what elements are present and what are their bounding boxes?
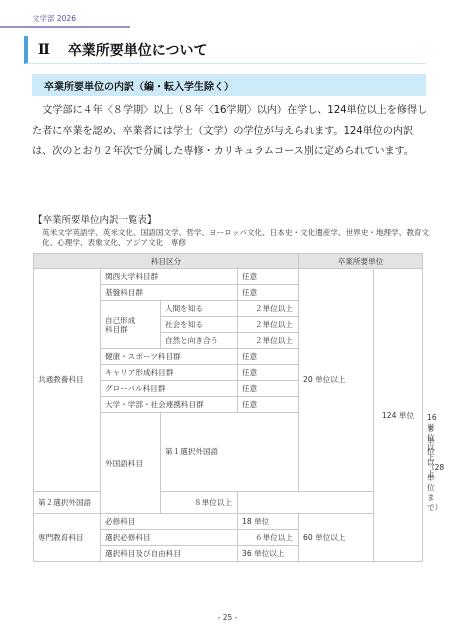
row-name: 基盤科目群	[101, 285, 238, 301]
table-title: 【卒業所要単位内訳一覧表】	[33, 212, 157, 226]
credits-table: 科目区分 卒業所要単位 共通教養科目 関西大学科目群 任意 20 単位以上 12…	[33, 253, 423, 562]
row-units: 任意	[238, 285, 299, 301]
group-label-specialized: 専門教育科目	[34, 514, 101, 562]
row-units: 任意	[238, 381, 299, 397]
row-name: 関西大学科目群	[101, 269, 238, 285]
subtotal-general: 20 単位以上	[299, 269, 374, 492]
subtotal-foreign-value: 16 単位以上	[427, 413, 437, 462]
total-units: 124 単位	[374, 269, 423, 562]
group-label-general: 共通教養科目	[34, 269, 101, 492]
row-units: 任意	[238, 365, 299, 381]
subheading: 卒業所要単位の内訳（編・転入学生除く）	[32, 74, 426, 96]
table-note: 英米文学英語学、英米文化、国語国文学、哲学、ヨーロッパ文化、日本史・文化遺産学、…	[42, 228, 432, 248]
header-required: 卒業所要単位	[299, 254, 423, 269]
row-name: 第２選択外国語	[34, 491, 161, 513]
row-name: 選択必修科目	[101, 530, 238, 546]
row-units: 任意	[238, 349, 299, 365]
row-name: 健康・スポーツ科目群	[101, 349, 238, 365]
header-rule	[0, 26, 130, 28]
subtotal-foreign-note: （28 単位まで）	[427, 463, 444, 512]
row-units: 18 単位	[238, 514, 299, 530]
row-name: グローバル科目群	[101, 381, 238, 397]
row-name: 選択科目及び自由科目	[101, 546, 238, 562]
row-units: ２単位以上	[238, 333, 299, 349]
row-units: ２単位以上	[238, 301, 299, 317]
section-title: Ⅱ 卒業所要単位について	[24, 36, 426, 64]
row-name: 自然と向き合う	[161, 333, 238, 349]
row-units: ２単位以上	[238, 317, 299, 333]
row-name: 大学・学部・社会連携科目群	[101, 397, 238, 413]
subtotal-specialized: 60 単位以上	[299, 514, 374, 562]
self-formation-label: 自己形成科目群	[101, 301, 161, 349]
table-row: 専門教育科目 必修科目 18 単位 60 単位以上	[34, 514, 423, 530]
row-units: 任意	[238, 269, 299, 285]
header-category: 科目区分	[34, 254, 299, 269]
row-units: ６単位以上	[238, 530, 299, 546]
row-units: ８単位以上	[161, 491, 238, 513]
row-name: キャリア形成科目群	[101, 365, 238, 381]
section-number: Ⅱ	[38, 42, 50, 58]
table-header-row: 科目区分 卒業所要単位	[34, 254, 423, 269]
row-name: 第１選択外国語	[161, 413, 299, 492]
row-units: 任意	[238, 397, 299, 413]
table-row: 第２選択外国語 ８単位以上	[34, 491, 423, 513]
row-units: 36 単位以上	[238, 546, 299, 562]
table-row: 共通教養科目 関西大学科目群 任意 20 単位以上 124 単位	[34, 269, 423, 285]
page-number: - 25 -	[0, 613, 455, 622]
document-header-label: 文学部 2026	[32, 13, 76, 24]
section-title-text: 卒業所要単位について	[68, 40, 208, 60]
row-name: 必修科目	[101, 514, 238, 530]
row-name: 社会を知る	[161, 317, 238, 333]
body-paragraph: 文学部に４年〈８学期〉以上（８年〈16学期〉以内）在学し、124単位以上を修得し…	[32, 101, 430, 163]
row-name: 人間を知る	[161, 301, 238, 317]
